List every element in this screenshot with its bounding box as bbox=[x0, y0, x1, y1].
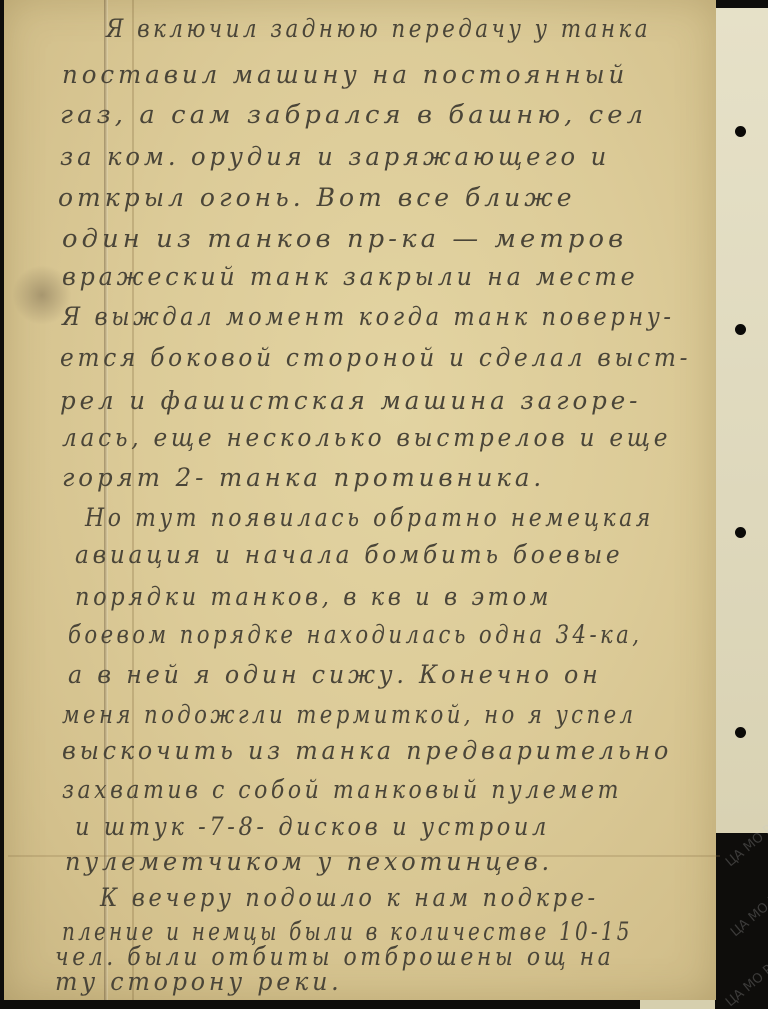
text-line: авиация и начала бомбить боевые bbox=[75, 540, 623, 569]
text-line: лась, еще несколько выстрелов и еще bbox=[62, 423, 671, 452]
text-line: ту сторону реки. bbox=[55, 967, 343, 996]
text-line: поставил машину на постоянный bbox=[62, 60, 628, 89]
punch-hole bbox=[735, 126, 746, 137]
punch-hole bbox=[735, 527, 746, 538]
text-line: за ком. орудия и заряжающего и bbox=[60, 142, 610, 171]
text-line: К вечеру подошло к нам подкре- bbox=[100, 883, 599, 912]
text-line: вражеский танк закрыли на месте bbox=[62, 262, 639, 291]
text-line: открыл огонь. Вот все ближе bbox=[58, 183, 576, 212]
text-line: пулеметчиком у пехотинцев. bbox=[65, 847, 553, 876]
text-line: горят 2- танка противника. bbox=[62, 463, 545, 492]
text-line: боевом порядке находилась одна 34-ка, bbox=[68, 620, 642, 649]
text-line: меня подожгли термиткой, но я успел bbox=[62, 700, 636, 729]
punch-hole bbox=[735, 324, 746, 335]
text-line: рел и фашистская машина загоре- bbox=[60, 386, 641, 415]
text-line: один из танков пр-ка — метров bbox=[62, 224, 627, 253]
text-line: газ, а сам забрался в башню, сел bbox=[60, 100, 647, 129]
text-line: захватив с собой танковый пулемет bbox=[62, 775, 622, 804]
text-line: Я выждал момент когда танк поверну- bbox=[62, 302, 675, 331]
text-line: Но тут появилась обратно немецкая bbox=[85, 503, 654, 532]
text-line: а в ней я один сижу. Конечно он bbox=[68, 660, 602, 689]
punch-hole bbox=[735, 727, 746, 738]
text-line: порядки танков, в кв и в этом bbox=[75, 582, 552, 611]
text-line: Я включил заднюю передачу у танка bbox=[106, 14, 651, 43]
text-line: выскочить из танка предварительно bbox=[62, 736, 672, 765]
text-line: и штук -7-8- дисков и устроил bbox=[75, 812, 550, 841]
text-line: ется боковой стороной и сделал выст- bbox=[60, 343, 691, 372]
